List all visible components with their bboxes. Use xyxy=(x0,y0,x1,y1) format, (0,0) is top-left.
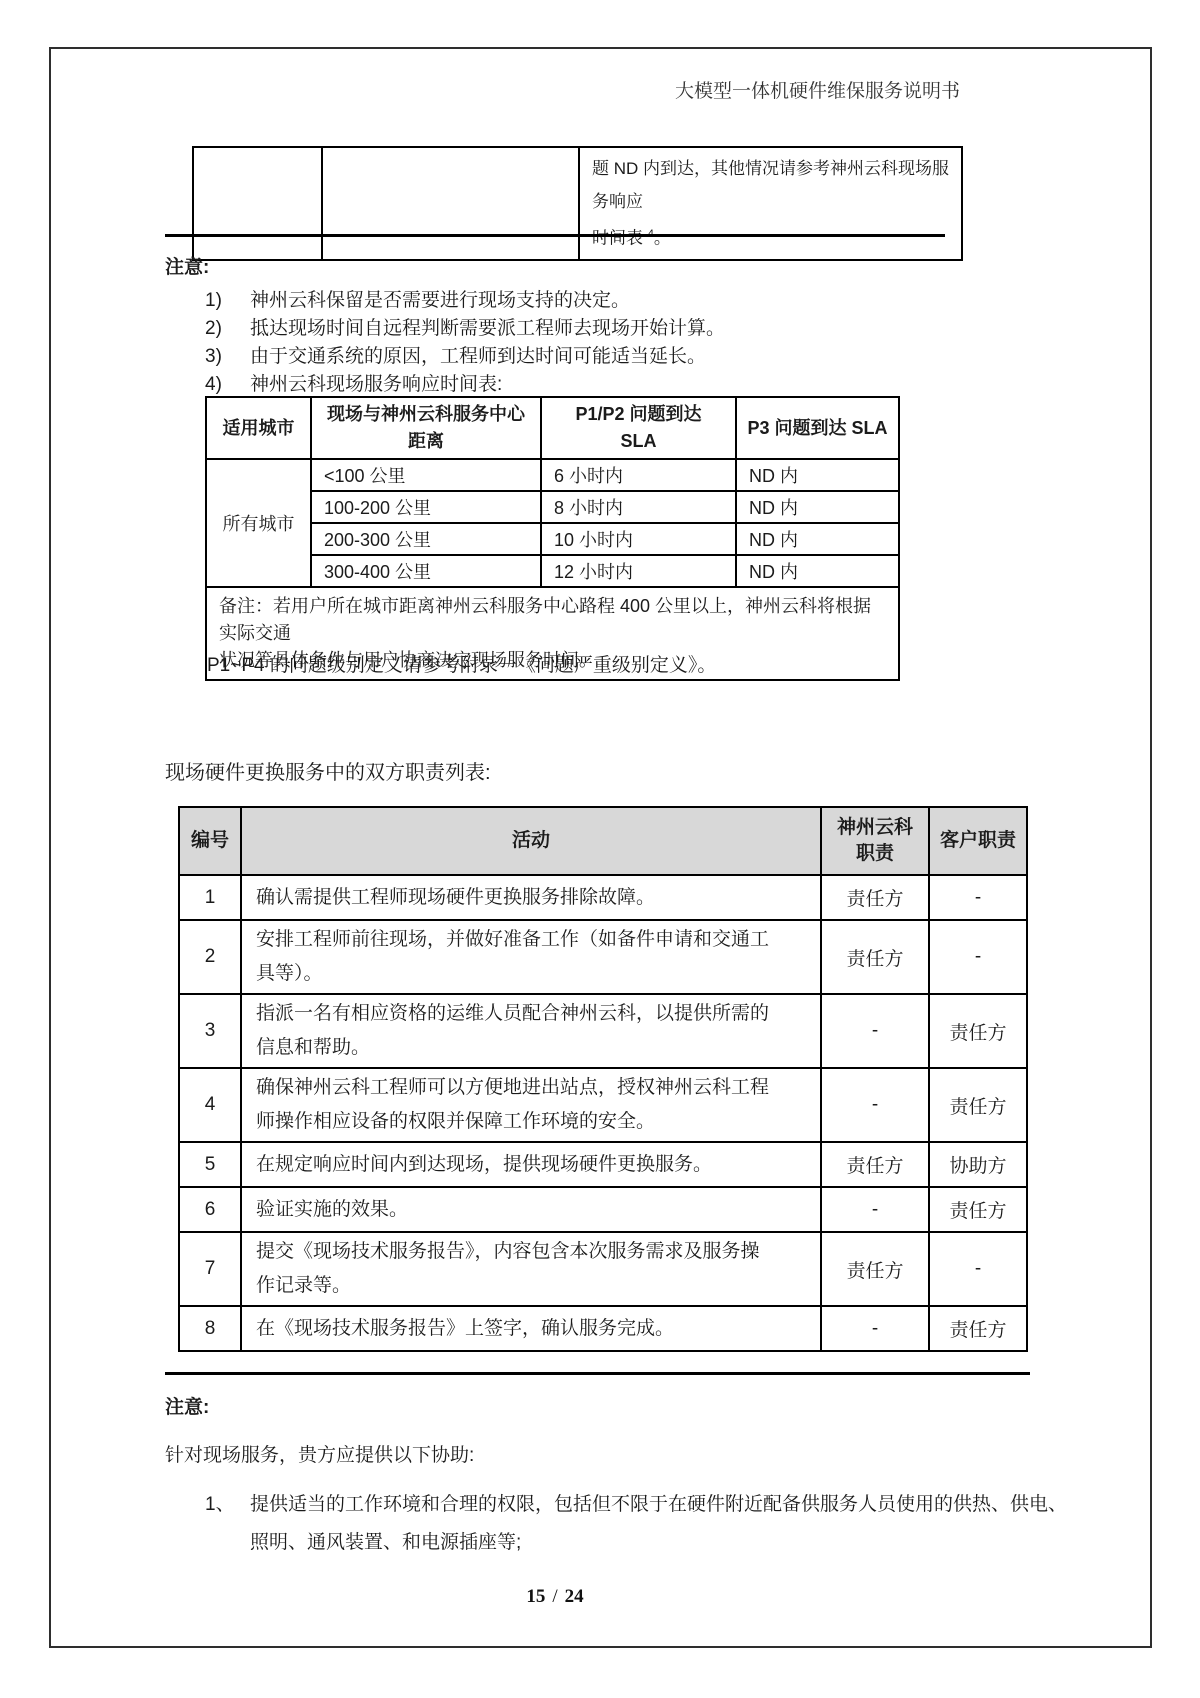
resp-customer: - xyxy=(929,920,1027,994)
sla-p3: ND 内 xyxy=(736,459,899,491)
resp-no: 8 xyxy=(179,1306,241,1351)
resp-row-2: 2 安排工程师前往现场，并做好准备工作（如备件申请和交通工具等）。 责任方 - xyxy=(179,920,1027,994)
resp-header-no: 编号 xyxy=(179,807,241,875)
resp-row-8: 8 在《现场技术服务报告》上签字，确认服务完成。 - 责任方 xyxy=(179,1306,1027,1351)
list-text: 由于交通系统的原因，工程师到达时间可能适当延长。 xyxy=(250,346,706,367)
resp-row-3: 3 指派一名有相应资格的运维人员配合神州云科，以提供所需的信息和帮助。 - 责任… xyxy=(179,994,1027,1068)
resp-dcits: 责任方 xyxy=(821,1232,929,1306)
resp-activity: 在《现场技术服务报告》上签字，确认服务完成。 xyxy=(241,1306,821,1351)
list-number: 4) xyxy=(205,372,250,398)
doc-header-title: 大模型一体机硬件维保服务说明书 xyxy=(558,76,960,103)
sla-response-time-table: 适用城市 现场与神州云科服务中心 距离 P1/P2 问题到达 SLA P3 问题… xyxy=(205,396,900,681)
sla-p3: ND 内 xyxy=(736,491,899,523)
resp-header-row: 编号 活动 神州云科 职责 客户职责 xyxy=(179,807,1027,875)
sla-p3: ND 内 xyxy=(736,523,899,555)
list-text: 提供适当的工作环境和合理的权限，包括但不限于在硬件附近配备供服务人员使用的供热、… xyxy=(250,1486,1080,1562)
carryover-row: 题 ND 内到达，其他情况请参考神州云科现场服务响应 时间表 4。 xyxy=(193,147,962,260)
resp-customer: 协助方 xyxy=(929,1142,1027,1187)
resp-dcits: 责任方 xyxy=(821,920,929,994)
sla-header-p3: P3 问题到达 SLA xyxy=(736,397,899,459)
resp-no: 1 xyxy=(179,875,241,920)
page-footer: 15/24 xyxy=(0,1586,1110,1608)
document-page: 大模型一体机硬件维保服务说明书 题 ND 内到达，其他情况请参考神州云科现场服务… xyxy=(0,0,1200,1698)
resp-header-activity: 活动 xyxy=(241,807,821,875)
sla-distance: 300-400 公里 xyxy=(311,555,541,587)
sla-header-city: 适用城市 xyxy=(206,397,311,459)
notice2-label: 注意: xyxy=(165,1392,209,1419)
sla-distance: 100-200 公里 xyxy=(311,491,541,523)
resp-header-customer: 客户职责 xyxy=(929,807,1027,875)
sla-city-cell: 所有城市 xyxy=(206,459,311,587)
resp-row-7: 7 提交《现场技术服务报告》，内容包含本次服务需求及服务操作记录等。 责任方 - xyxy=(179,1232,1027,1306)
page-number-current: 15 xyxy=(526,1586,545,1607)
list-number: 2) xyxy=(205,316,250,342)
sla-distance: <100 公里 xyxy=(311,459,541,491)
notice1-item-4: 4)神州云科现场服务响应时间表: xyxy=(205,372,1035,398)
section-divider-top xyxy=(165,234,945,237)
resp-row-6: 6 验证实施的效果。 - 责任方 xyxy=(179,1187,1027,1232)
resp-no: 7 xyxy=(179,1232,241,1306)
resp-customer: 责任方 xyxy=(929,1306,1027,1351)
resp-dcits: - xyxy=(821,1306,929,1351)
section-divider-bottom xyxy=(165,1372,1030,1375)
responsibilities-table: 编号 活动 神州云科 职责 客户职责 1 确认需提供工程师现场硬件更换服务排除故… xyxy=(178,806,1028,1352)
resp-no: 5 xyxy=(179,1142,241,1187)
resp-row-1: 1 确认需提供工程师现场硬件更换服务排除故障。 责任方 - xyxy=(179,875,1027,920)
carryover-table: 题 ND 内到达，其他情况请参考神州云科现场服务响应 时间表 4。 xyxy=(192,146,963,261)
page-number-separator: / xyxy=(545,1586,564,1607)
sla-header-p12: P1/P2 问题到达 SLA xyxy=(541,397,736,459)
notice2-intro: 针对现场服务，贵方应提供以下协助: xyxy=(165,1440,474,1467)
resp-no: 2 xyxy=(179,920,241,994)
sla-header-row: 适用城市 现场与神州云科服务中心 距离 P1/P2 问题到达 SLA P3 问题… xyxy=(206,397,899,459)
carryover-cell-empty-1 xyxy=(193,147,322,260)
list-number: 3) xyxy=(205,344,250,370)
resp-activity: 提交《现场技术服务报告》，内容包含本次服务需求及服务操作记录等。 xyxy=(241,1232,821,1306)
list-text: 神州云科保留是否需要进行现场支持的决定。 xyxy=(250,290,630,311)
resp-no: 6 xyxy=(179,1187,241,1232)
resp-row-4: 4 确保神州云科工程师可以方便地进出站点，授权神州云科工程师操作相应设备的权限并… xyxy=(179,1068,1027,1142)
resp-activity: 确认需提供工程师现场硬件更换服务排除故障。 xyxy=(241,875,821,920)
list-text: 神州云科现场服务响应时间表: xyxy=(250,374,502,395)
sla-footnote: P1~P4 的问题级别定义请参考附录一《问题严重级别定义》。 xyxy=(207,650,716,677)
resp-customer: 责任方 xyxy=(929,994,1027,1068)
resp-dcits: 责任方 xyxy=(821,875,929,920)
resp-customer: 责任方 xyxy=(929,1187,1027,1232)
sla-distance: 200-300 公里 xyxy=(311,523,541,555)
notice2-item-1: 1、提供适当的工作环境和合理的权限，包括但不限于在硬件附近配备供服务人员使用的供… xyxy=(205,1486,1085,1562)
resp-customer: 责任方 xyxy=(929,1068,1027,1142)
list-number: 1、 xyxy=(205,1486,250,1524)
sla-row: 所有城市 <100 公里 6 小时内 ND 内 xyxy=(206,459,899,491)
resp-activity: 验证实施的效果。 xyxy=(241,1187,821,1232)
list-number: 1) xyxy=(205,288,250,314)
page-number-total: 24 xyxy=(565,1586,584,1607)
sla-p3: ND 内 xyxy=(736,555,899,587)
sla-p12: 12 小时内 xyxy=(541,555,736,587)
notice1-item-2: 2)抵达现场时间自远程判断需要派工程师去现场开始计算。 xyxy=(205,316,1035,342)
resp-dcits: - xyxy=(821,994,929,1068)
resp-activity: 在规定响应时间内到达现场，提供现场硬件更换服务。 xyxy=(241,1142,821,1187)
notice1-item-3: 3)由于交通系统的原因，工程师到达时间可能适当延长。 xyxy=(205,344,1035,370)
notice1-label: 注意: xyxy=(165,252,209,279)
carryover-text-line1: 题 ND 内到达，其他情况请参考神州云科现场服务响应 xyxy=(592,152,949,218)
resp-activity: 确保神州云科工程师可以方便地进出站点，授权神州云科工程师操作相应设备的权限并保障… xyxy=(241,1068,821,1142)
resp-no: 3 xyxy=(179,994,241,1068)
resp-no: 4 xyxy=(179,1068,241,1142)
resp-dcits: - xyxy=(821,1068,929,1142)
sla-p12: 6 小时内 xyxy=(541,459,736,491)
resp-customer: - xyxy=(929,875,1027,920)
sla-p12: 10 小时内 xyxy=(541,523,736,555)
resp-customer: - xyxy=(929,1232,1027,1306)
sla-p12: 8 小时内 xyxy=(541,491,736,523)
carryover-cell-empty-2 xyxy=(322,147,579,260)
resp-activity: 安排工程师前往现场，并做好准备工作（如备件申请和交通工具等）。 xyxy=(241,920,821,994)
list-text: 抵达现场时间自远程判断需要派工程师去现场开始计算。 xyxy=(250,318,725,339)
carryover-cell-text: 题 ND 内到达，其他情况请参考神州云科现场服务响应 时间表 4。 xyxy=(579,147,962,260)
section2-title: 现场硬件更换服务中的双方职责列表: xyxy=(165,756,491,785)
notice1-item-1: 1)神州云科保留是否需要进行现场支持的决定。 xyxy=(205,288,1035,314)
sla-header-distance: 现场与神州云科服务中心 距离 xyxy=(311,397,541,459)
resp-header-dcits: 神州云科 职责 xyxy=(821,807,929,875)
resp-row-5: 5 在规定响应时间内到达现场，提供现场硬件更换服务。 责任方 协助方 xyxy=(179,1142,1027,1187)
resp-dcits: - xyxy=(821,1187,929,1232)
resp-dcits: 责任方 xyxy=(821,1142,929,1187)
resp-activity: 指派一名有相应资格的运维人员配合神州云科，以提供所需的信息和帮助。 xyxy=(241,994,821,1068)
